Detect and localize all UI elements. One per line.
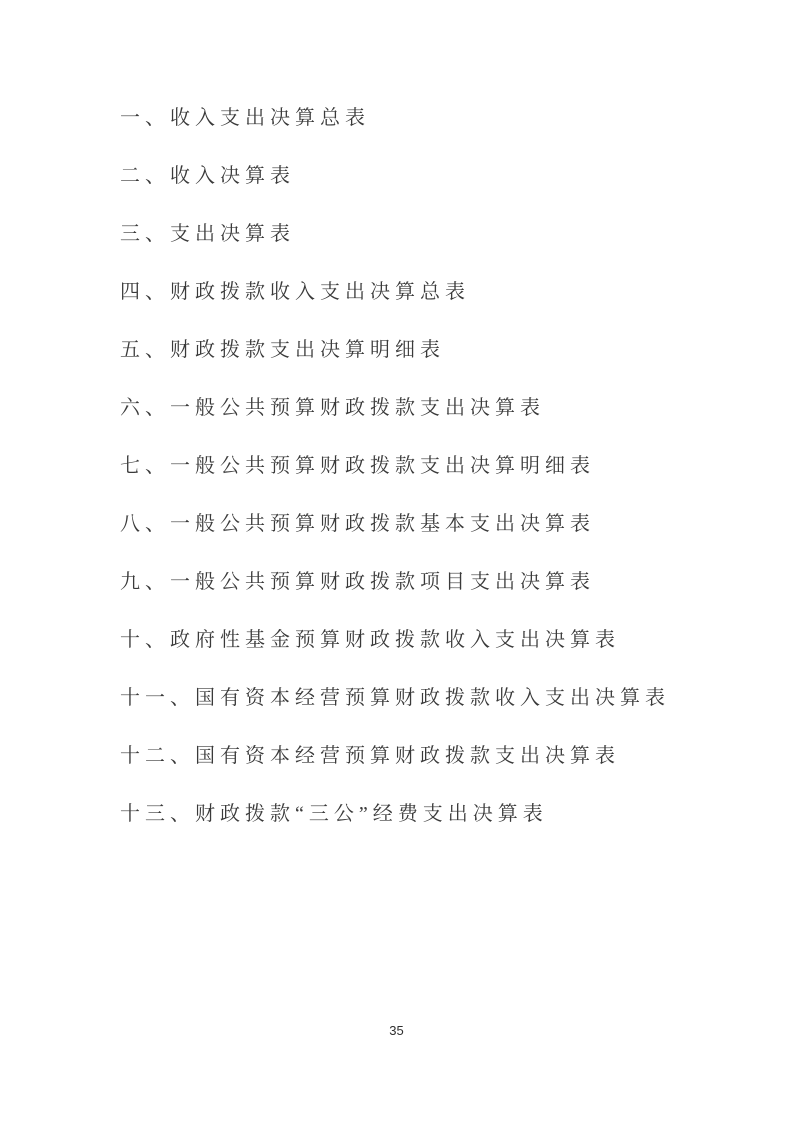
toc-item-3: 三、支出决算表 [120,205,733,263]
toc-item-11: 十一、国有资本经营预算财政拨款收入支出决算表 [120,669,733,727]
toc-item-4: 四、财政拨款收入支出决算总表 [120,263,733,321]
toc-item-6: 六、一般公共预算财政拨款支出决算表 [120,379,733,437]
page-number: 35 [389,1023,403,1038]
toc-item-9: 九、一般公共预算财政拨款项目支出决算表 [120,553,733,611]
toc-item-7: 七、一般公共预算财政拨款支出决算明细表 [120,437,733,495]
toc-item-2: 二、收入决算表 [120,147,733,205]
toc-item-1: 一、收入支出决算总表 [120,89,733,147]
table-of-contents-list: 一、收入支出决算总表 二、收入决算表 三、支出决算表 四、财政拨款收入支出决算总… [120,89,733,843]
document-page: 一、收入支出决算总表 二、收入决算表 三、支出决算表 四、财政拨款收入支出决算总… [0,0,793,1122]
toc-item-12: 十二、国有资本经营预算财政拨款支出决算表 [120,727,733,785]
toc-item-5: 五、财政拨款支出决算明细表 [120,321,733,379]
toc-item-10: 十、政府性基金预算财政拨款收入支出决算表 [120,611,733,669]
page-footer: 35 [0,1022,793,1040]
toc-item-13: 十三、财政拨款“三公”经费支出决算表 [120,785,733,843]
toc-item-8: 八、一般公共预算财政拨款基本支出决算表 [120,495,733,553]
